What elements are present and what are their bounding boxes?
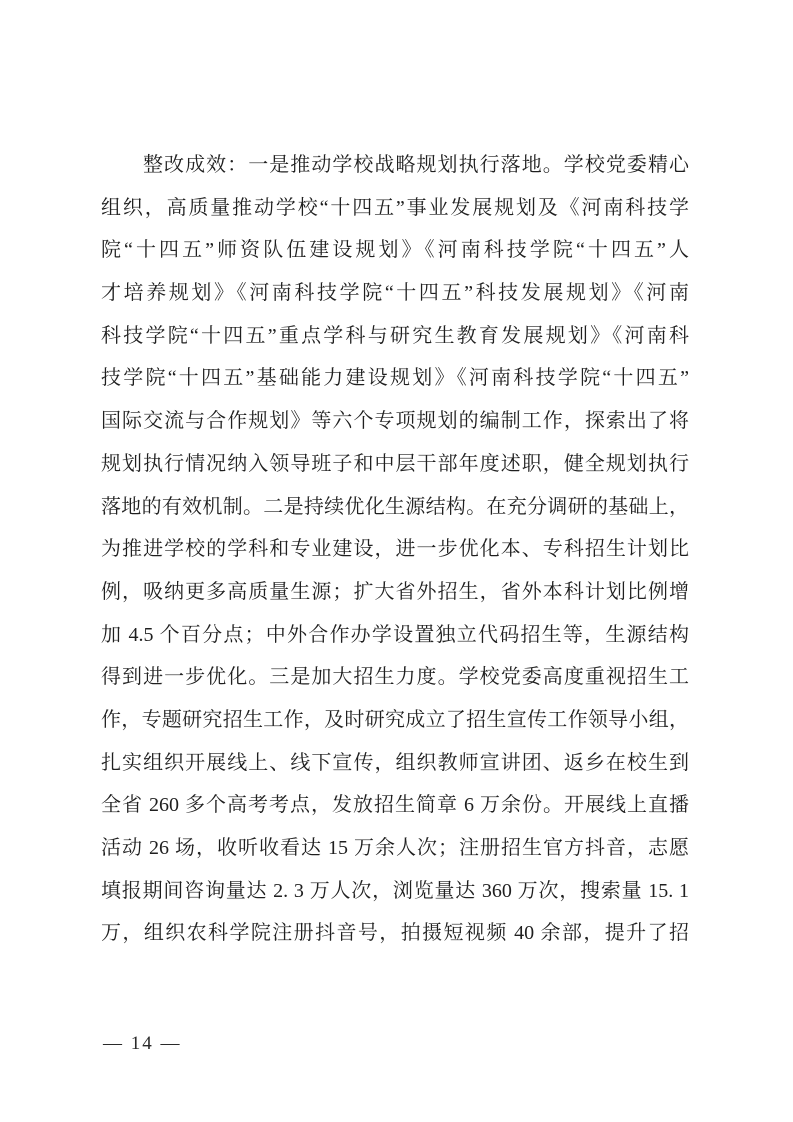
paragraph-line: 得到进一步优化。三是加大招生力度。学校党委高度重视招生工 [101, 656, 689, 699]
paragraph-line: 规划执行情况纳入领导班子和中层干部年度述职，健全规划执行 [101, 443, 689, 486]
paragraph-line: 技学院“十四五”基础能力建设规划》《河南科技学院“十四五” [101, 357, 689, 400]
paragraph-line: 例，吸纳更多高质量生源；扩大省外招生，省外本科计划比例增 [101, 571, 689, 614]
paragraph-line: 万，组织农科学院注册抖音号，拍摄短视频 40 余部，提升了招 [101, 912, 689, 955]
paragraph-line: 为推进学校的学科和专业建设，进一步优化本、专科招生计划比 [101, 528, 689, 571]
paragraph-line: 作，专题研究招生工作，及时研究成立了招生宣传工作领导小组， [101, 699, 689, 742]
paragraph-line: 整改成效：一是推动学校战略规划执行落地。学校党委精心 [101, 144, 689, 187]
paragraph-line: 加 4.5 个百分点；中外合作办学设置独立代码招生等，生源结构 [101, 614, 689, 657]
paragraph-line: 落地的有效机制。二是持续优化生源结构。在充分调研的基础上， [101, 486, 689, 529]
paragraph-line: 才培养规划》《河南科技学院“十四五”科技发展规划》《河南 [101, 272, 689, 315]
paragraph-line: 科技学院“十四五”重点学科与研究生教育发展规划》《河南科 [101, 315, 689, 358]
paragraph-line: 国际交流与合作规划》等六个专项规划的编制工作，探索出了将 [101, 400, 689, 443]
paragraph-line: 院“十四五”师资队伍建设规划》《河南科技学院“十四五”人 [101, 229, 689, 272]
document-body: 整改成效：一是推动学校战略规划执行落地。学校党委精心 组织，高质量推动学校“十四… [101, 144, 689, 955]
paragraph-line: 填报期间咨询量达 2. 3 万人次，浏览量达 360 万次，搜索量 15. 1 [101, 870, 689, 913]
paragraph-line: 全省 260 多个高考考点，发放招生简章 6 万余份。开展线上直播 [101, 784, 689, 827]
document-page: 整改成效：一是推动学校战略规划执行落地。学校党委精心 组织，高质量推动学校“十四… [0, 0, 793, 1122]
paragraph-line: 活动 26 场，收听收看达 15 万余人次；注册招生官方抖音，志愿 [101, 827, 689, 870]
paragraph-line: 组织，高质量推动学校“十四五”事业发展规划及《河南科技学 [101, 187, 689, 230]
page-number: — 14 — [103, 1033, 182, 1055]
paragraph-line: 扎实组织开展线上、线下宣传，组织教师宣讲团、返乡在校生到 [101, 742, 689, 785]
